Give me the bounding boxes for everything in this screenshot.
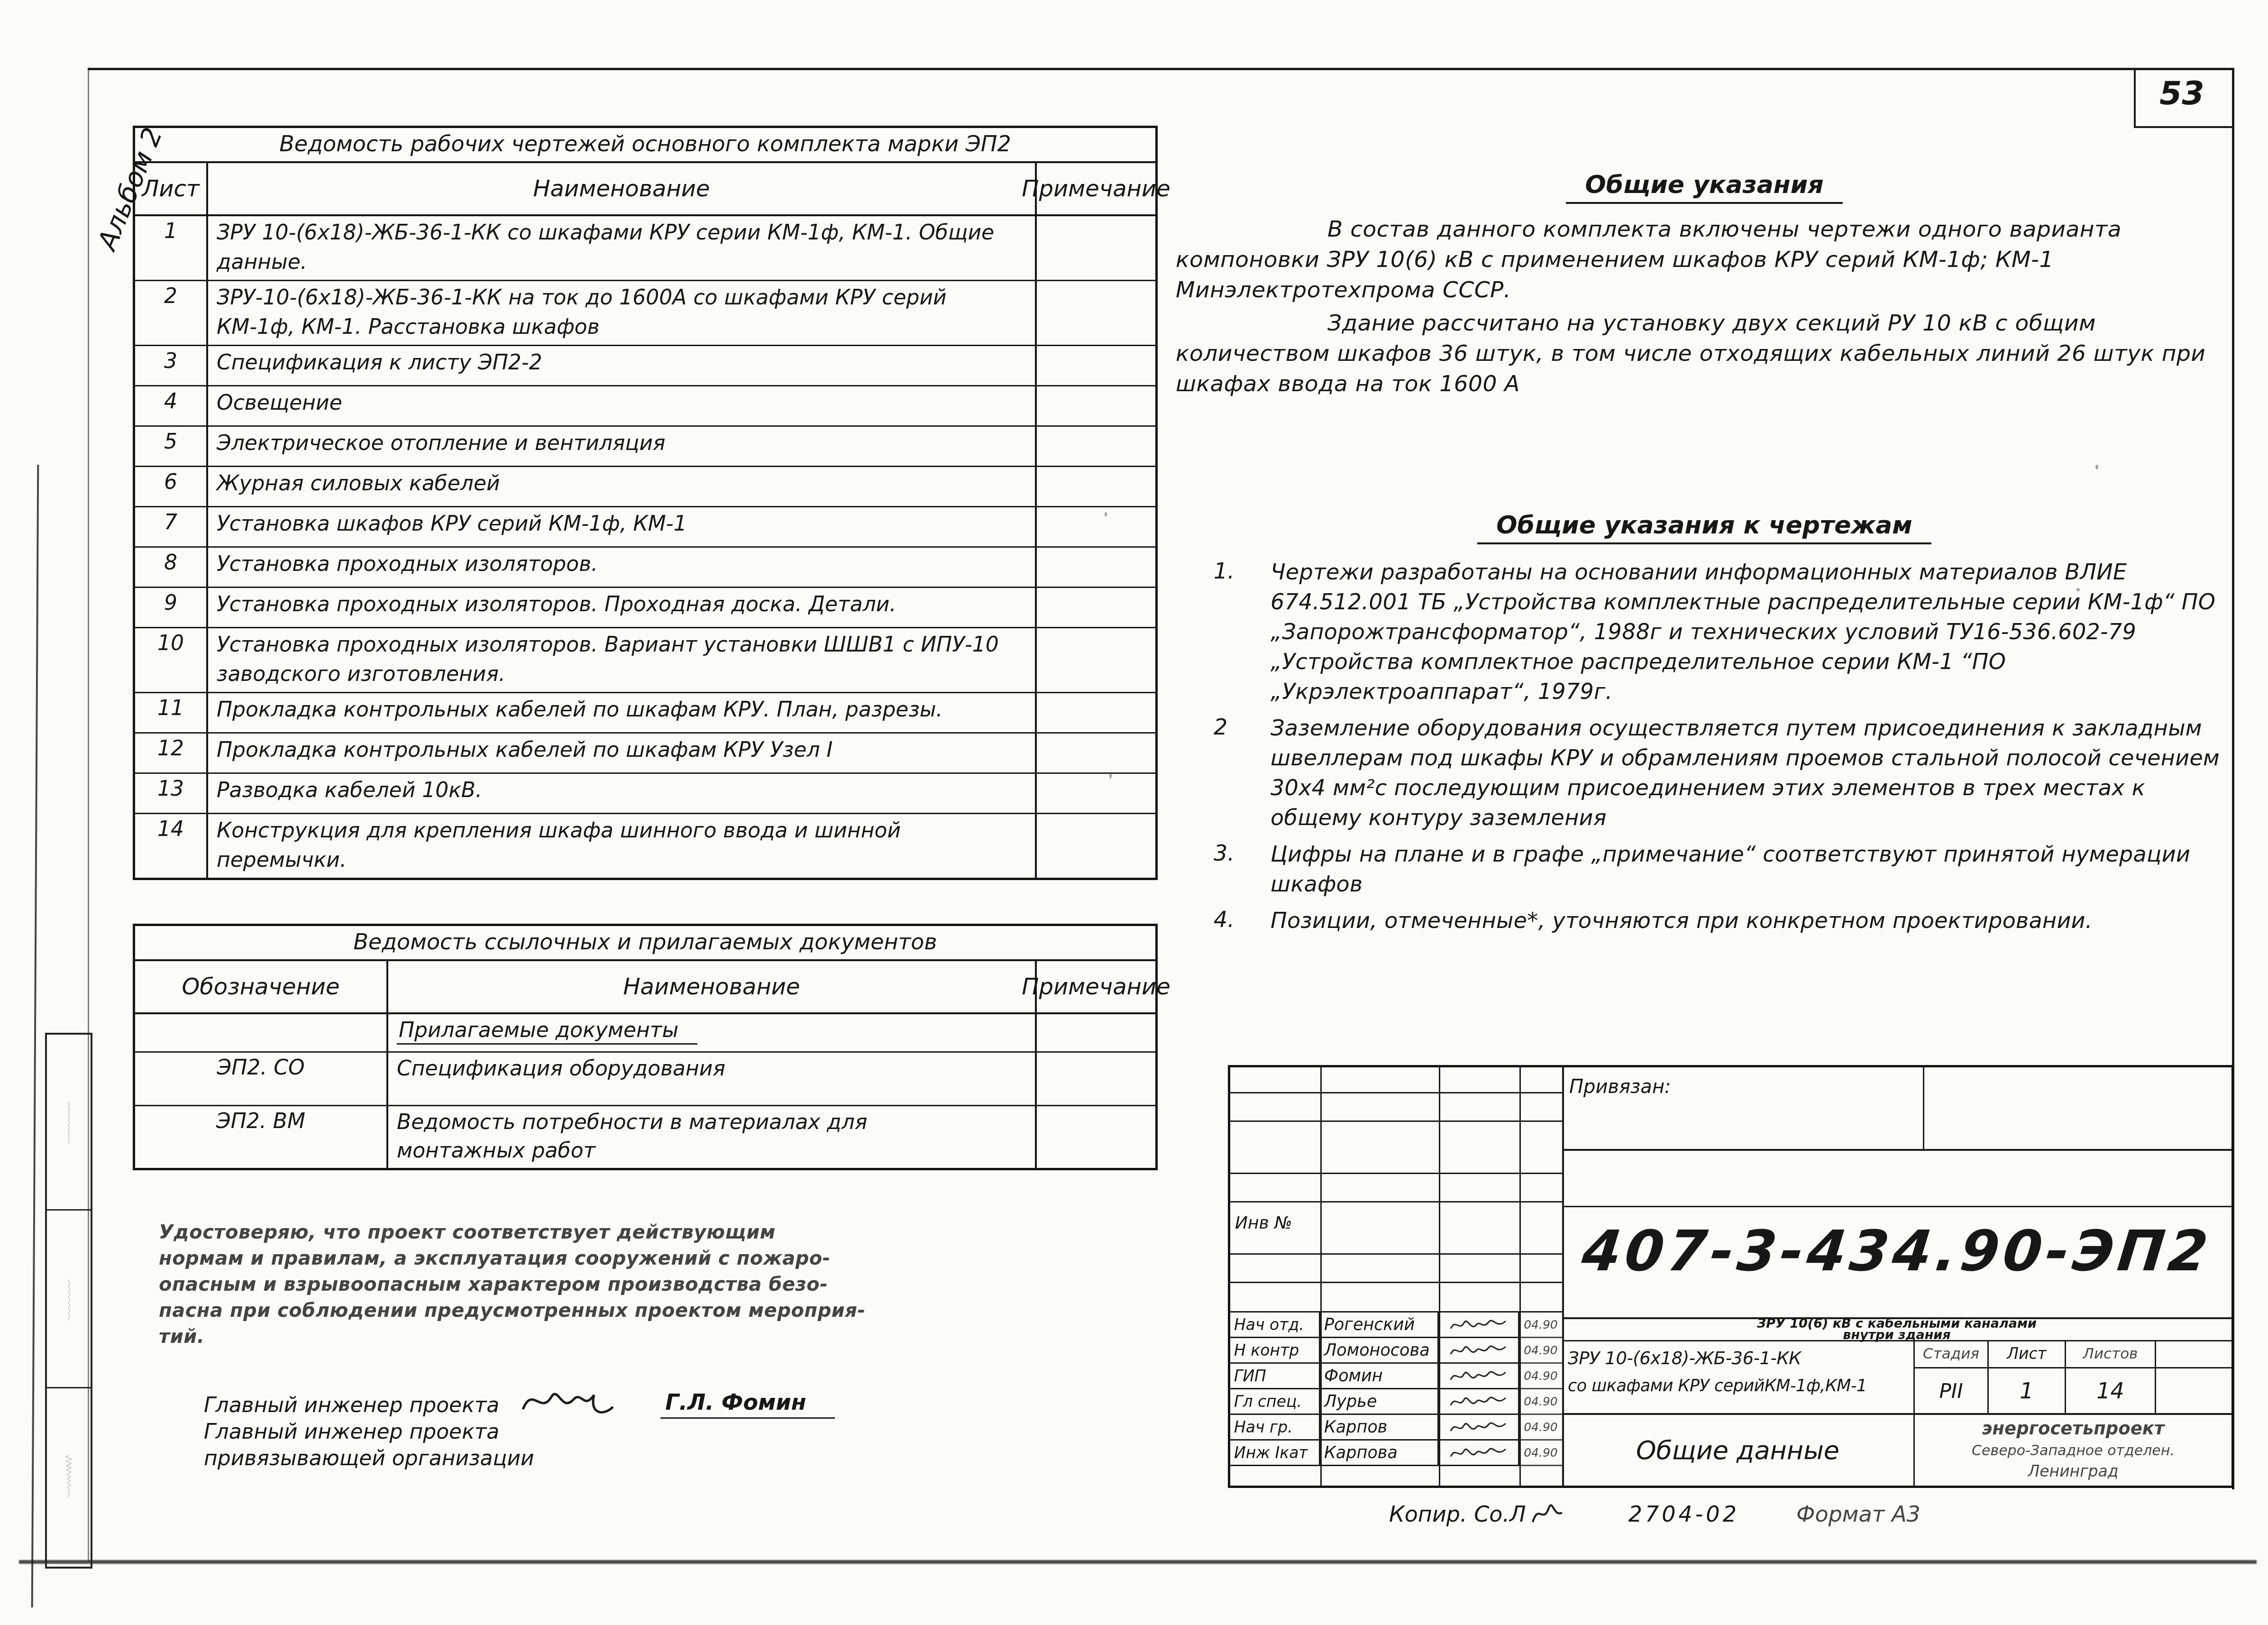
tb-line <box>1230 1201 1562 1203</box>
cell-document-name: Ведомость потребности в материалах для м… <box>388 1106 1037 1168</box>
staff-date: 04.90 <box>1519 1364 1562 1389</box>
staff-date: 04.90 <box>1519 1415 1562 1441</box>
col-header-name: Наименование <box>208 163 1037 214</box>
cell-designation: ЭП2. ВМ <box>135 1106 388 1168</box>
drawing-notes-title-text: Общие указания к чертежам <box>1477 511 1931 544</box>
object-line2: со шкафами КРУ серийКМ-1ф,КМ-1 <box>1568 1372 1916 1400</box>
staff-name: Рогенский <box>1320 1313 1439 1338</box>
scan-edge-line <box>31 465 39 1607</box>
staff-role: Инж Iкат <box>1230 1441 1320 1466</box>
cell-subheader: Прилагаемые документы <box>388 1014 1037 1051</box>
format-label: Формат А3 <box>1796 1501 1920 1527</box>
cell-drawing-name: Журная силовых кабелей <box>208 467 1037 506</box>
staff-date: 04.90 <box>1519 1313 1562 1338</box>
cell-note <box>1037 507 1155 546</box>
approval-block: Главный инженер проекта Г.Л. Фомин Главн… <box>204 1381 1152 1472</box>
table-row: 9 Установка проходных изоляторов. Проход… <box>135 588 1155 628</box>
cell-drawing-name: ЗРУ 10-(6х18)-ЖБ-36-1-КК со шкафами КРУ … <box>208 216 1037 280</box>
cell-drawing-name: Спецификация к листу ЭП2-2 <box>208 346 1037 385</box>
inventory-label: Инв № <box>1235 1213 1292 1233</box>
staff-name: Карпова <box>1320 1441 1439 1466</box>
staff-name: Лурье <box>1320 1389 1439 1415</box>
drawing-notes-list: 1. Чертежи разработаны на основании инфо… <box>1214 557 2232 942</box>
bound-label: Привязан: <box>1569 1076 1671 1098</box>
table-row: ЭП2. ВМ Ведомость потребности в материал… <box>135 1106 1155 1168</box>
staff-signature-cell <box>1439 1313 1519 1338</box>
cell-note <box>1037 774 1155 813</box>
staff-signature-cell <box>1439 1364 1519 1389</box>
staff-signature-cell <box>1439 1389 1519 1415</box>
note-text: Цифры на плане и в графе „примечание“ со… <box>1271 839 2232 899</box>
tb-line <box>1230 1120 1562 1122</box>
sheet-bottom-edge <box>19 1560 2257 1564</box>
numbered-note: 4. Позиции, отмеченные*, уточняются при … <box>1214 906 2232 936</box>
subtitle-line2: внутри здания <box>1562 1330 2231 1341</box>
cell-sheet-number: 7 <box>135 507 208 546</box>
organization: энергосетьпроект Северо-Западное отделен… <box>1915 1418 2231 1480</box>
staff-date: 04.90 <box>1519 1338 1562 1364</box>
page-number-box-bottom <box>2134 126 2234 128</box>
sheets-header: Листов <box>2066 1340 2155 1367</box>
handwriting-scribble-icon <box>64 1454 74 1497</box>
scan-speckle <box>1105 512 1107 516</box>
cell-drawing-name: Установка проходных изоляторов. <box>208 548 1037 587</box>
numbered-note: 2 Заземление оборудования осуществляется… <box>1214 713 2232 833</box>
cell-note <box>1037 1106 1155 1168</box>
tb-line <box>1230 1282 1562 1283</box>
reference-table-title: Ведомость ссылочных и прилагаемых докуме… <box>135 926 1155 961</box>
cell-sheet-number: 1 <box>135 216 208 280</box>
staff-role: Н контр <box>1230 1338 1320 1364</box>
staff-signature-cell <box>1439 1441 1519 1466</box>
signature-icon <box>1448 1367 1509 1386</box>
staff-signature-cell <box>1439 1415 1519 1441</box>
col-header-note: Примечание <box>1037 163 1155 214</box>
certification-line: опасным и взрывоопасным характером произ… <box>159 1272 1088 1298</box>
cell-note <box>1037 548 1155 587</box>
side-stamp-cell <box>47 1211 91 1388</box>
cell-drawing-name: Установка проходных изоляторов. Вариант … <box>208 628 1037 692</box>
sheets-value: 14 <box>2066 1368 2155 1413</box>
organization-line2: Северо-Западное отделен. <box>1915 1442 2231 1459</box>
staff-name: Фомин <box>1320 1364 1439 1389</box>
table-row: 6 Журная силовых кабелей <box>135 467 1155 507</box>
order-number: 2704-02 <box>1628 1501 1739 1527</box>
staff-name: Ломоносова <box>1320 1338 1439 1364</box>
working-drawings-table-title: Ведомость рабочих чертежей основного ком… <box>135 128 1155 163</box>
table-row: 12 Прокладка контрольных кабелей по шкаф… <box>135 734 1155 774</box>
tb-line <box>1562 1149 2231 1151</box>
organization-line1: энергосетьпроект <box>1915 1418 2231 1439</box>
note-number: 2 <box>1214 713 1271 833</box>
staff-name: Карпов <box>1320 1415 1439 1441</box>
general-notes-title-text: Общие указания <box>1566 171 1842 204</box>
signature-icon <box>518 1381 641 1419</box>
chief-engineer-name: Г.Л. Фомин <box>660 1389 834 1419</box>
staff-signature-cell <box>1439 1338 1519 1364</box>
note-text: Чертежи разработаны на основании информа… <box>1271 557 2232 707</box>
staff-date: 04.90 <box>1519 1441 1562 1466</box>
drawing-notes-title: Общие указания к чертежам <box>1176 511 2233 544</box>
cell-sheet-number: 8 <box>135 548 208 587</box>
cell-sheet-number: 12 <box>135 734 208 772</box>
document-subtitle: ЗРУ 10(6) кВ с кабельными каналами внутр… <box>1562 1318 2231 1341</box>
signature-icon <box>1529 1498 1572 1527</box>
table-row: 1 ЗРУ 10-(6х18)-ЖБ-36-1-КК со шкафами КР… <box>135 216 1155 281</box>
frame-top-line <box>88 68 2234 70</box>
object-designation: ЗРУ 10-(6х18)-ЖБ-36-1-КК со шкафами КРУ … <box>1562 1340 1919 1400</box>
cell-sheet-number: 13 <box>135 774 208 813</box>
cell-sheet-number: 3 <box>135 346 208 385</box>
working-drawings-rows: 1 ЗРУ 10-(6х18)-ЖБ-36-1-КК со шкафами КР… <box>135 216 1155 878</box>
side-stamp-cell <box>47 1035 91 1211</box>
staff-signature-grid: Нач отд. Рогенский 04.90 Н контр Ломонос… <box>1230 1313 1562 1466</box>
stage-value: РII <box>1915 1368 1987 1413</box>
cell-note <box>1037 427 1155 466</box>
tb-line <box>1230 1253 1562 1255</box>
cell-note <box>1037 216 1155 280</box>
footer-stamp-row: Копир. Со.Л 2704-02 Формат А3 <box>1389 1498 1920 1527</box>
staff-role: ГИП <box>1230 1364 1320 1389</box>
approval-line3: привязывающей организации <box>204 1445 1152 1472</box>
tb-line <box>1230 1173 1562 1174</box>
stage-header: Стадия <box>1915 1340 1987 1367</box>
general-notes-paragraph: Здание рассчитано на установку двух секц… <box>1176 308 2233 399</box>
staff-role: Нач гр. <box>1230 1415 1320 1441</box>
cell-sheet-number: 14 <box>135 814 208 878</box>
table-row: 13 Разводка кабелей 10кВ. <box>135 774 1155 814</box>
tb-line <box>1923 1067 1924 1149</box>
note-number: 1. <box>1214 557 1271 707</box>
tb-line <box>1562 1206 2231 1207</box>
sheet-header: Лист <box>1989 1340 2065 1367</box>
scanned-drawing-sheet: 53 Альбом 2 Ведомость рабочих чертежей о… <box>0 0 2268 1625</box>
copier-label: Копир. Со.Л <box>1389 1501 1526 1527</box>
table-row: 7 Установка шкафов КРУ серий КМ-1ф, КМ-1 <box>135 507 1155 548</box>
subheader-text: Прилагаемые документы <box>397 1017 697 1045</box>
cell-note <box>1037 281 1155 345</box>
cell-note <box>1037 693 1155 732</box>
tb-line <box>1230 1092 1562 1093</box>
signature-icon <box>1448 1315 1509 1334</box>
reference-table-subheader-row: Прилагаемые документы <box>135 1014 1155 1053</box>
cell-drawing-name: Освещение <box>208 386 1037 425</box>
sheet-value: 1 <box>1989 1368 2065 1413</box>
general-notes-paragraph: В состав данного комплекта включены черт… <box>1176 214 2233 305</box>
staff-role: Нач отд. <box>1230 1313 1320 1338</box>
cell-note <box>1037 628 1155 692</box>
cell-note <box>1037 734 1155 772</box>
cell-designation: ЭП2. СО <box>135 1053 388 1105</box>
table-row: 5 Электрическое отопление и вентиляция <box>135 427 1155 467</box>
working-drawings-table-header: Лист Наименование Примечание <box>135 163 1155 216</box>
cell-sheet-number: 10 <box>135 628 208 692</box>
cell-sheet-number: 6 <box>135 467 208 506</box>
table-row: 8 Установка проходных изоляторов. <box>135 548 1155 588</box>
side-stamp-cell <box>47 1388 91 1563</box>
working-drawings-table: Ведомость рабочих чертежей основного ком… <box>133 126 1158 880</box>
signature-icon <box>1448 1392 1509 1411</box>
cell-drawing-name: Разводка кабелей 10кВ. <box>208 774 1037 813</box>
cell-note <box>1037 588 1155 627</box>
approval-line2: Главный инженер проекта <box>204 1419 1152 1445</box>
chief-engineer-row: Главный инженер проекта Г.Л. Фомин <box>204 1381 1152 1419</box>
table-row: 14 Конструкция для крепления шкафа шинно… <box>135 814 1155 878</box>
certification-line: Удостоверяю, что проект соответствует де… <box>159 1220 1088 1246</box>
note-text: Заземление оборудования осуществляется п… <box>1271 713 2232 833</box>
cell-note <box>1037 386 1155 425</box>
cell-note <box>1037 814 1155 878</box>
table-row: 10 Установка проходных изоляторов. Вариа… <box>135 628 1155 693</box>
signature-icon <box>1448 1341 1509 1360</box>
cell-drawing-name: Электрическое отопление и вентиляция <box>208 427 1037 466</box>
cell-note <box>1037 346 1155 385</box>
cell-drawing-name: Конструкция для крепления шкафа шинного … <box>208 814 1037 878</box>
tb-line <box>2155 1340 2156 1413</box>
numbered-note: 3. Цифры на плане и в графе „примечание“… <box>1214 839 2232 899</box>
table-row: 4 Освещение <box>135 386 1155 427</box>
signature-icon <box>1448 1443 1509 1462</box>
cell-sheet-number: 11 <box>135 693 208 732</box>
object-line1: ЗРУ 10-(6х18)-ЖБ-36-1-КК <box>1568 1345 1916 1372</box>
cell-drawing-name: Установка шкафов КРУ серий КМ-1ф, КМ-1 <box>208 507 1037 546</box>
certification-line: пасна при соблюдении предусмотренных про… <box>159 1298 1088 1324</box>
cell-note <box>1037 1053 1155 1105</box>
scan-speckle <box>2095 465 2098 469</box>
table-row: ЭП2. СО Спецификация оборудования <box>135 1053 1155 1106</box>
col-header-sheet: Лист <box>135 163 208 214</box>
reference-documents-table: Ведомость ссылочных и прилагаемых докуме… <box>133 924 1158 1170</box>
handwriting-scribble-icon <box>64 1277 74 1321</box>
staff-date: 04.90 <box>1519 1389 1562 1415</box>
table-row: 11 Прокладка контрольных кабелей по шкаф… <box>135 693 1155 734</box>
cell-drawing-name: Установка проходных изоляторов. Проходна… <box>208 588 1037 627</box>
sheet-title: Общие данные <box>1562 1415 1913 1486</box>
staff-role: Гл спец. <box>1230 1389 1320 1415</box>
cell-drawing-name: Прокладка контрольных кабелей по шкафам … <box>208 693 1037 732</box>
table-row: 3 Спецификация к листу ЭП2-2 <box>135 346 1155 386</box>
col-header-name: Наименование <box>388 961 1037 1012</box>
cell-sheet-number: 9 <box>135 588 208 627</box>
album-note: Альбом 2 <box>71 142 128 408</box>
cell-drawing-name: ЗРУ-10-(6х18)-ЖБ-36-1-КК на ток до 1600А… <box>208 281 1037 345</box>
scan-speckle <box>2076 588 2080 591</box>
cell-sheet-number: 4 <box>135 386 208 425</box>
document-number: 407-3-434.90-ЭП2 <box>1559 1218 2235 1284</box>
certification-statement: Удостоверяю, что проект соответствует де… <box>159 1220 1088 1350</box>
signature-icon <box>1448 1418 1509 1437</box>
cell-note <box>1037 1014 1155 1051</box>
general-notes-paragraphs: В состав данного комплекта включены черт… <box>1176 214 2233 402</box>
side-stamp-strip <box>45 1033 92 1569</box>
note-number: 4. <box>1214 906 1271 936</box>
cell-drawing-name: Прокладка контрольных кабелей по шкафам … <box>208 734 1037 772</box>
numbered-note: 1. Чертежи разработаны на основании инфо… <box>1214 557 2232 707</box>
cell-note <box>1037 467 1155 506</box>
certification-line: тий. <box>159 1324 1088 1350</box>
page-number: 53 <box>2159 75 2204 112</box>
table-row: 2 ЗРУ-10-(6х18)-ЖБ-36-1-КК на ток до 160… <box>135 281 1155 346</box>
note-number: 3. <box>1214 839 1271 899</box>
note-text: Позиции, отмеченные*, уточняются при кон… <box>1271 906 2232 936</box>
col-header-note: Примечание <box>1037 961 1155 1012</box>
cell-designation <box>135 1014 388 1051</box>
page-number-box-left <box>2134 70 2136 127</box>
certification-line: нормам и правилам, а эксплуатация сооруж… <box>159 1246 1088 1272</box>
cell-sheet-number: 2 <box>135 281 208 345</box>
general-notes-title: Общие указания <box>1176 171 2233 204</box>
organization-line3: Ленинград <box>1915 1462 2231 1480</box>
chief-engineer-label: Главный инженер проекта <box>204 1392 499 1419</box>
cell-document-name: Спецификация оборудования <box>388 1053 1037 1105</box>
title-block: Привязан: Инв № 407-3-434.90-ЭП2 ЗРУ 10(… <box>1228 1065 2234 1488</box>
reference-table-header: Обозначение Наименование Примечание <box>135 961 1155 1014</box>
reference-rows: ЭП2. СО Спецификация оборудования ЭП2. В… <box>135 1053 1155 1168</box>
handwriting-scribble-icon <box>64 1100 74 1144</box>
cell-sheet-number: 5 <box>135 427 208 466</box>
col-header-designation: Обозначение <box>135 961 388 1012</box>
scan-speckle <box>1109 773 1112 779</box>
